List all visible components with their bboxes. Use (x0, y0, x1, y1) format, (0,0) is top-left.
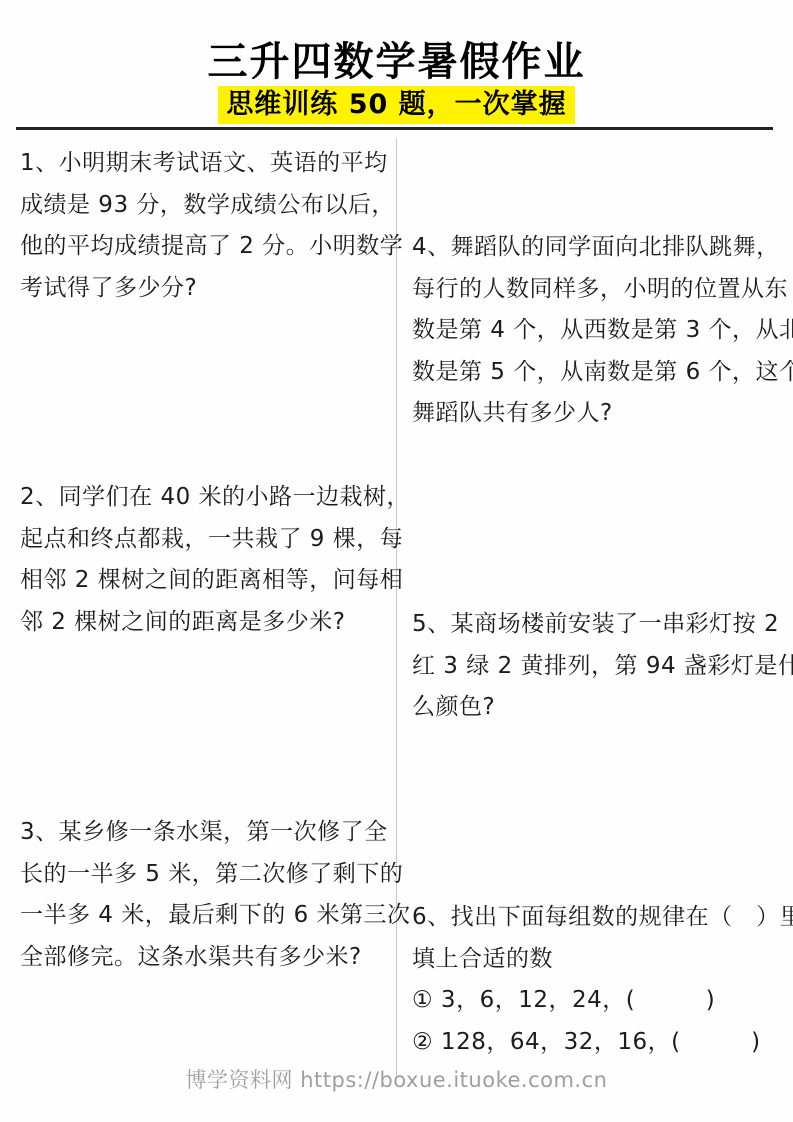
question-1-line: 成绩是 93 分，数学成绩公布以后， (20, 185, 403, 227)
question-5-line: 红 3 绿 2 黄排列，第 94 盏彩灯是什 (412, 646, 793, 688)
question-6-line: ② 128，64，32，16，( ) (412, 1022, 793, 1064)
question-3-line: 全部修完。这条水渠共有多少米? (20, 937, 411, 979)
question-4-line: 4、舞蹈队的同学面向北排队跳舞， (412, 227, 793, 269)
question-2-line: 2、同学们在 40 米的小路一边栽树， (20, 477, 410, 519)
worksheet-page: 三升四数学暑假作业 思维训练 50 题，一次掌握 1、小明期末考试语文、英语的平… (0, 0, 793, 1122)
question-2-line: 起点和终点都栽，一共栽了 9 棵，每 (20, 519, 410, 561)
question-2-line: 邻 2 棵树之间的距离是多少米? (20, 602, 410, 644)
question-5-line: 5、某商场楼前安装了一串彩灯按 2 (412, 604, 793, 646)
question-6-line: 填上合适的数 (412, 939, 793, 981)
question-6: 6、找出下面每组数的规律在（ ）里 填上合适的数 ① 3，6，12，24，( )… (412, 897, 793, 1063)
question-4-line: 舞蹈队共有多少人? (412, 393, 793, 435)
question-3-line: 3、某乡修一条水渠，第一次修了全 (20, 812, 411, 854)
subtitle-row: 思维训练 50 题，一次掌握 (0, 86, 793, 124)
question-2: 2、同学们在 40 米的小路一边栽树， 起点和终点都栽，一共栽了 9 棵，每 相… (20, 477, 410, 643)
question-1-line: 考试得了多少分? (20, 268, 403, 310)
page-title: 三升四数学暑假作业 (0, 30, 793, 87)
question-1-line: 1、小明期末考试语文、英语的平均 (20, 143, 403, 185)
question-4: 4、舞蹈队的同学面向北排队跳舞， 每行的人数同样多，小明的位置从东 数是第 4 … (412, 227, 793, 435)
question-2-line: 相邻 2 棵树之间的距离相等，问每相 (20, 560, 410, 602)
question-6-line: ① 3，6，12，24，( ) (412, 980, 793, 1022)
question-1-line: 他的平均成绩提高了 2 分。小明数学 (20, 226, 403, 268)
question-4-line: 数是第 4 个，从西数是第 3 个，从北 (412, 310, 793, 352)
question-3: 3、某乡修一条水渠，第一次修了全 长的一半多 5 米，第二次修了剩下的 一半多 … (20, 812, 411, 978)
header-rule (16, 127, 773, 130)
question-3-line: 长的一半多 5 米，第二次修了剩下的 (20, 854, 411, 896)
page-subtitle: 思维训练 50 题，一次掌握 (218, 86, 574, 124)
question-4-line: 每行的人数同样多，小明的位置从东 (412, 269, 793, 311)
question-6-line: 6、找出下面每组数的规律在（ ）里 (412, 897, 793, 939)
question-3-line: 一半多 4 米，最后剩下的 6 米第三次 (20, 895, 411, 937)
watermark: 博学资料网 https://boxue.ituoke.com.cn (0, 1064, 793, 1094)
question-5-line: 么颜色? (412, 687, 793, 729)
question-1: 1、小明期末考试语文、英语的平均 成绩是 93 分，数学成绩公布以后， 他的平均… (20, 143, 403, 309)
question-5: 5、某商场楼前安装了一串彩灯按 2 红 3 绿 2 黄排列，第 94 盏彩灯是什… (412, 604, 793, 729)
question-4-line: 数是第 5 个，从南数是第 6 个，这个 (412, 352, 793, 394)
